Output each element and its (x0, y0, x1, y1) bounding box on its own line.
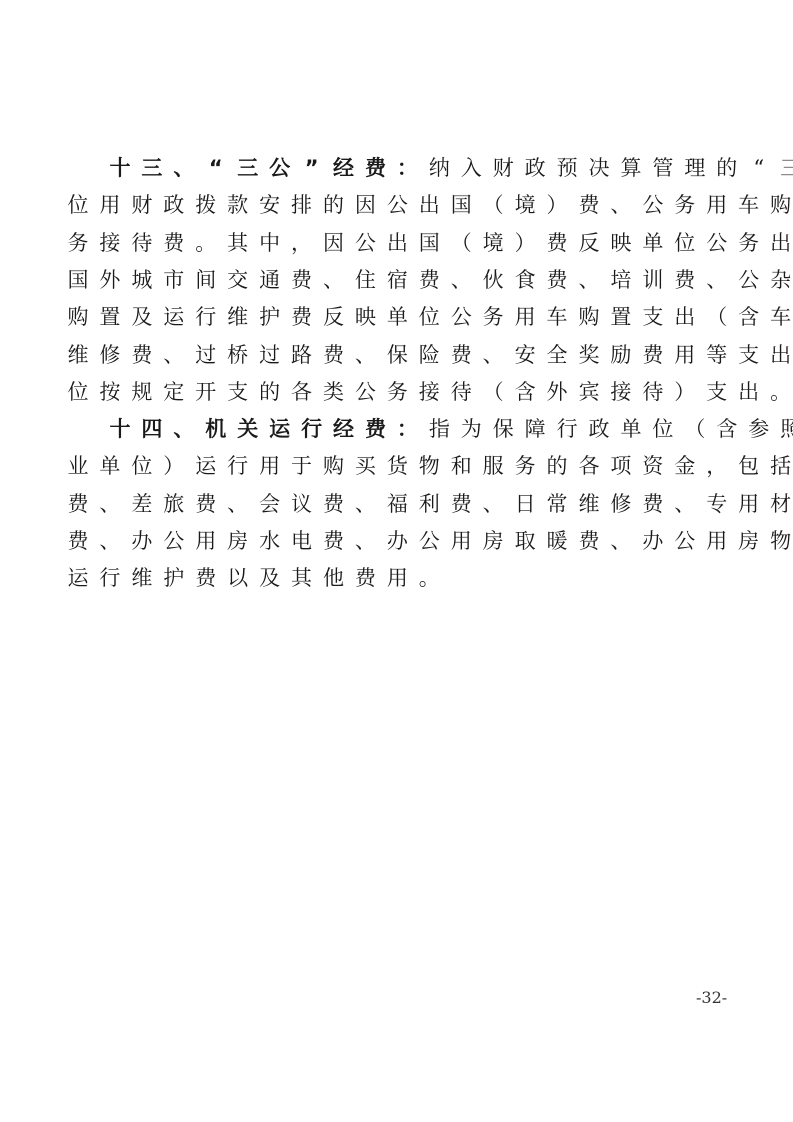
paragraph-line: 费、办公用房水电费、办公用房取暖费、办公用房物业管理费、公务用车 (62, 523, 793, 560)
paragraph-line: 费、差旅费、会议费、福利费、日常维修费、专用材料费及一般设备购置 (62, 486, 793, 523)
paragraph-line: 维修费、过桥过路费、保险费、安全奖励费用等支出；公务接待费反映单 (62, 337, 793, 374)
paragraph-line: 位按规定开支的各类公务接待（含外宾接待）支出。 (62, 374, 793, 411)
paragraph-line: 位用财政拨款安排的因公出国（境）费、公务用车购置及运行维护费和公 (62, 187, 793, 224)
page-number: -32- (696, 988, 727, 1007)
paragraph-line: 购置及运行维护费反映单位公务用车购置支出（含车辆购置税）及燃料费、 (62, 299, 793, 336)
paragraph-line: 运行维护费以及其他费用。 (62, 560, 445, 597)
paragraph-line: 业单位）运行用于购买货物和服务的各项资金，包括办公及印刷费、邮电 (62, 448, 793, 485)
paragraph-line: 务接待费。其中，因公出国（境）费反映单位公务出国（境）的国际旅费、 (62, 225, 793, 262)
document-page: 十三、“三公”经费：纳入财政预决算管理的“三公”经费，是指单位用财政拨款安排的因… (0, 0, 793, 1122)
paragraph-first-line: 十四、机关运行经费：指为保障行政单位（含参照公务员法管理的事 (104, 411, 793, 448)
paragraph-line: 国外城市间交通费、住宿费、伙食费、培训费、公杂费等支出；公务用车 (62, 262, 793, 299)
paragraph-first-line: 十三、“三公”经费：纳入财政预决算管理的“三公”经费，是指单 (104, 150, 793, 187)
